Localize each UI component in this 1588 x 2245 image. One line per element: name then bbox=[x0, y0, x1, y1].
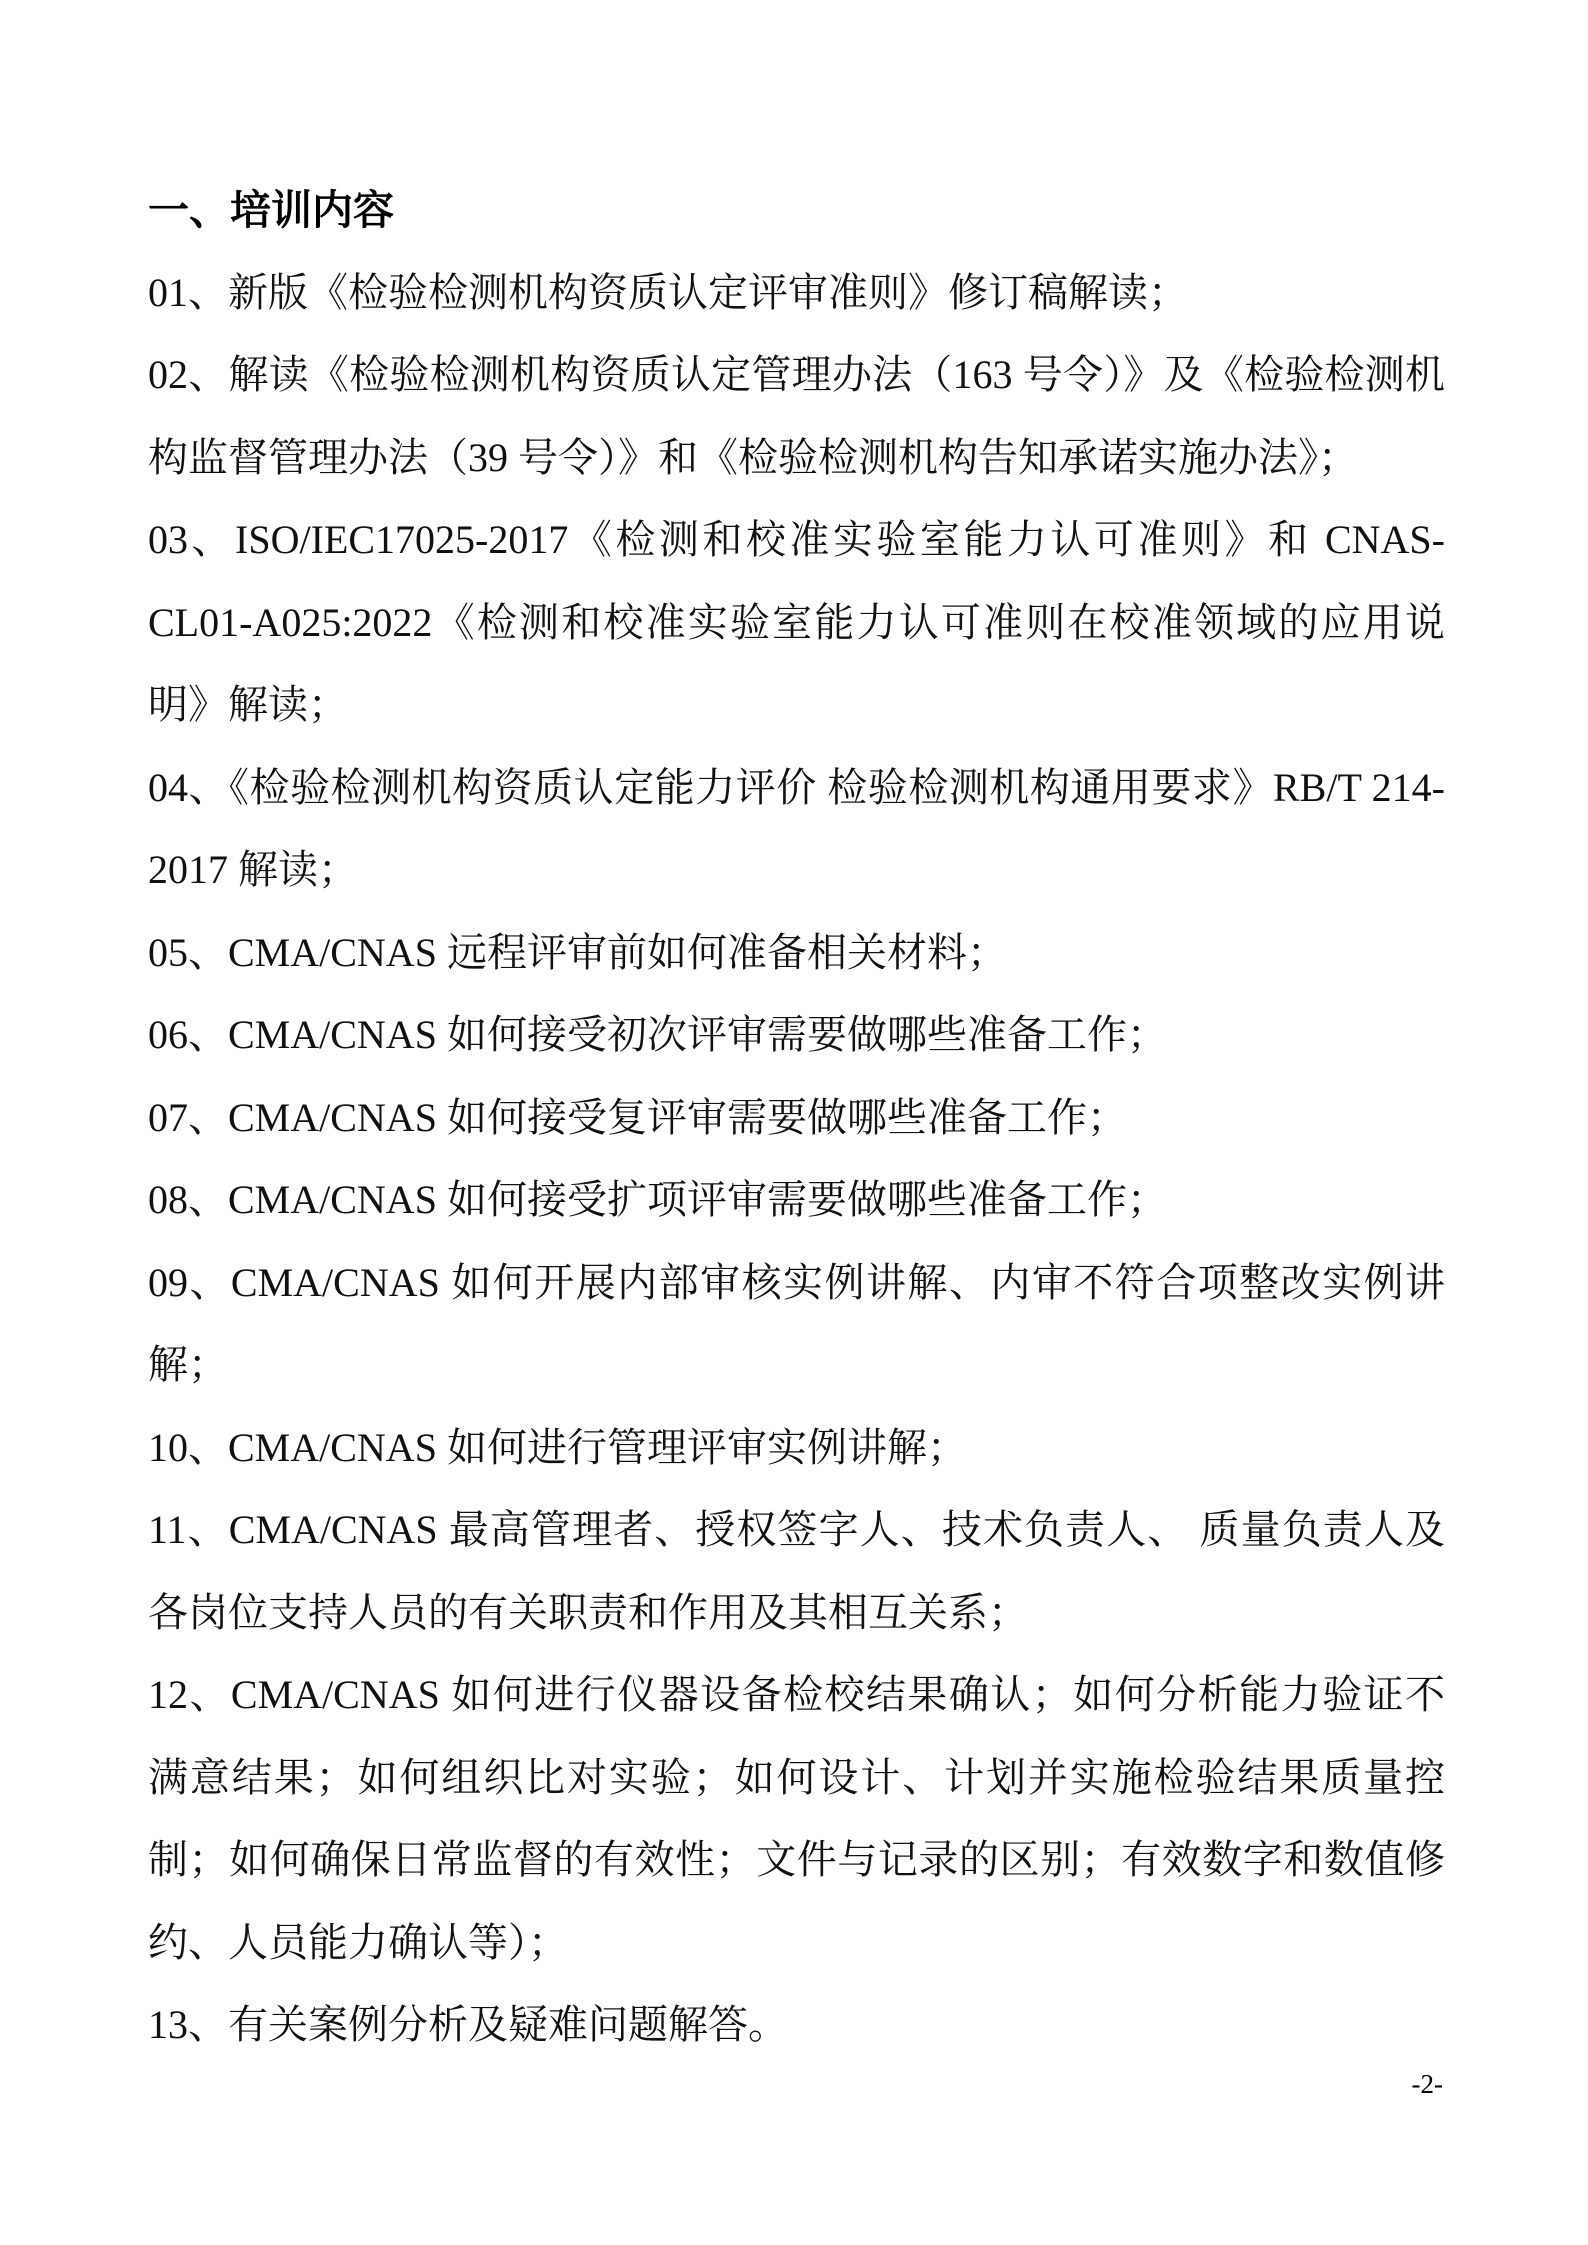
training-item-10: 10、CMA/CNAS 如何进行管理评审实例讲解； bbox=[148, 1407, 1445, 1490]
document-page: 一、培训内容 01、新版《检验检测机构资质认定评审准则》修订稿解读； 02、解读… bbox=[0, 0, 1588, 2245]
training-item-05: 05、CMA/CNAS 远程评审前如何准备相关材料； bbox=[148, 912, 1445, 995]
training-item-04: 04、《检验检测机构资质认定能力评价 检验检测机构通用要求》RB/T 214-2… bbox=[148, 747, 1445, 912]
training-item-07: 07、CMA/CNAS 如何接受复评审需要做哪些准备工作； bbox=[148, 1077, 1445, 1160]
training-item-01: 01、新版《检验检测机构资质认定评审准则》修订稿解读； bbox=[148, 252, 1445, 335]
training-item-06: 06、CMA/CNAS 如何接受初次评审需要做哪些准备工作； bbox=[148, 994, 1445, 1077]
training-item-09: 09、CMA/CNAS 如何开展内部审核实例讲解、内审不符合项整改实例讲解； bbox=[148, 1242, 1445, 1407]
page-number: -2- bbox=[1412, 2068, 1443, 2100]
training-item-11: 11、CMA/CNAS 最高管理者、授权签字人、技术负责人、 质量负责人及各岗位… bbox=[148, 1489, 1445, 1654]
training-item-03: 03、ISO/IEC17025-2017《检测和校准实验室能力认可准则》和 CN… bbox=[148, 499, 1445, 747]
training-item-12: 12、CMA/CNAS 如何进行仪器设备检校结果确认；如何分析能力验证不满意结果… bbox=[148, 1654, 1445, 1984]
training-item-02: 02、解读《检验检测机构资质认定管理办法（163 号令）》及《检验检测机构监督管… bbox=[148, 334, 1445, 499]
training-item-08: 08、CMA/CNAS 如何接受扩项评审需要做哪些准备工作； bbox=[148, 1159, 1445, 1242]
section-heading: 一、培训内容 bbox=[148, 169, 1445, 252]
training-item-13: 13、有关案例分析及疑难问题解答。 bbox=[148, 1984, 1445, 2067]
